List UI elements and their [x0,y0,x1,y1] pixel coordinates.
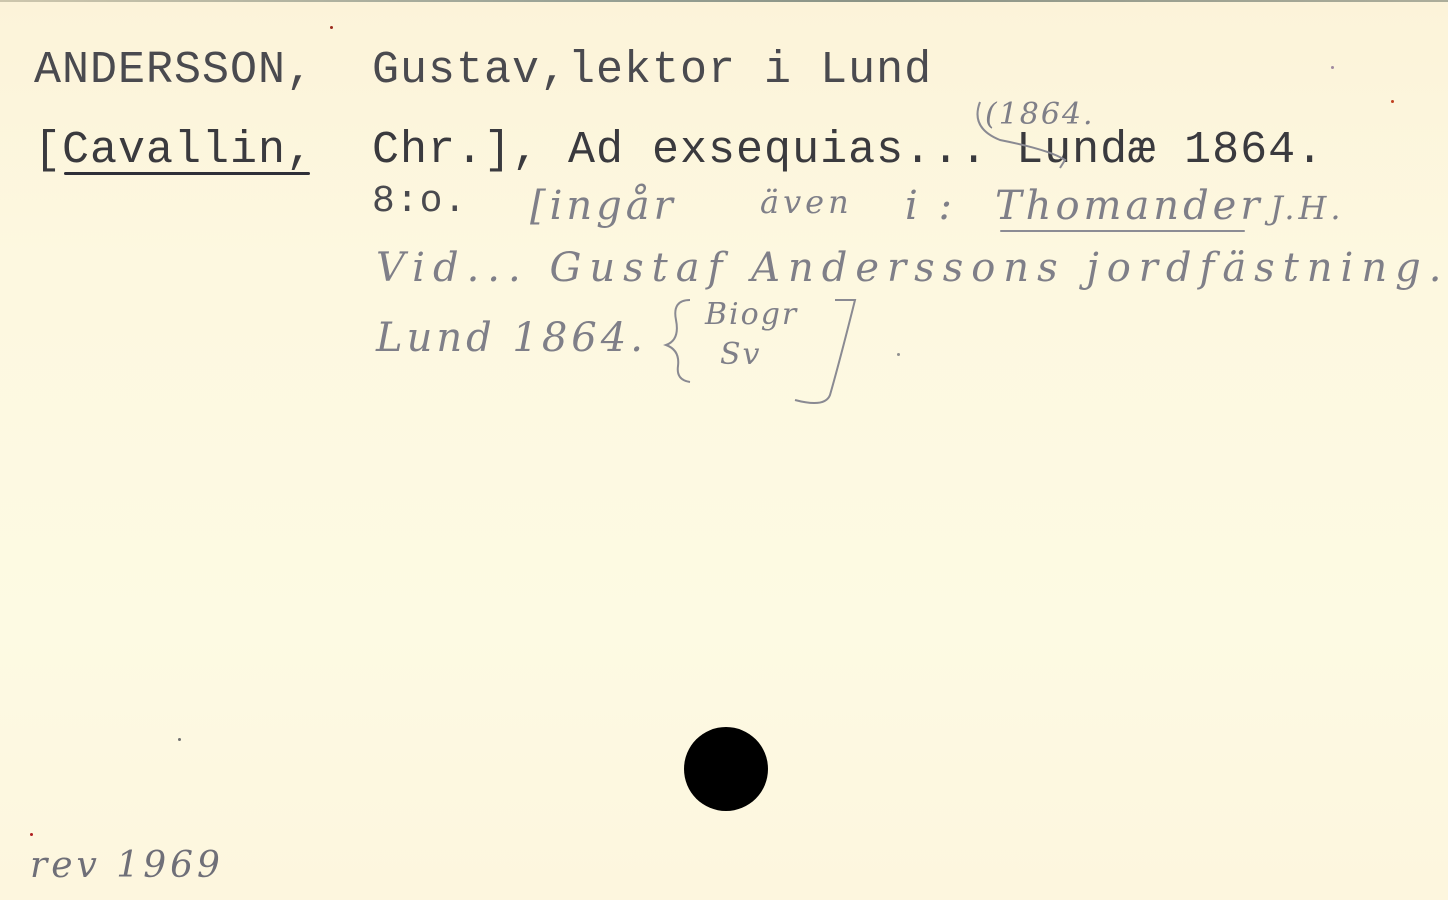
catalog-card: ANDERSSON, Gustav,lektor i Lund [Cavalli… [0,0,1448,900]
bracket-ref-sv: Sv [720,340,762,370]
speck [178,738,181,741]
punch-hole [684,727,768,811]
speck [897,353,900,356]
bracket-ref-biogr: Biogr [705,300,798,330]
speck [1331,66,1334,69]
speck [330,26,333,29]
speck [30,833,33,836]
speck [1391,100,1394,103]
revision-note: rev 1969 [30,848,224,884]
